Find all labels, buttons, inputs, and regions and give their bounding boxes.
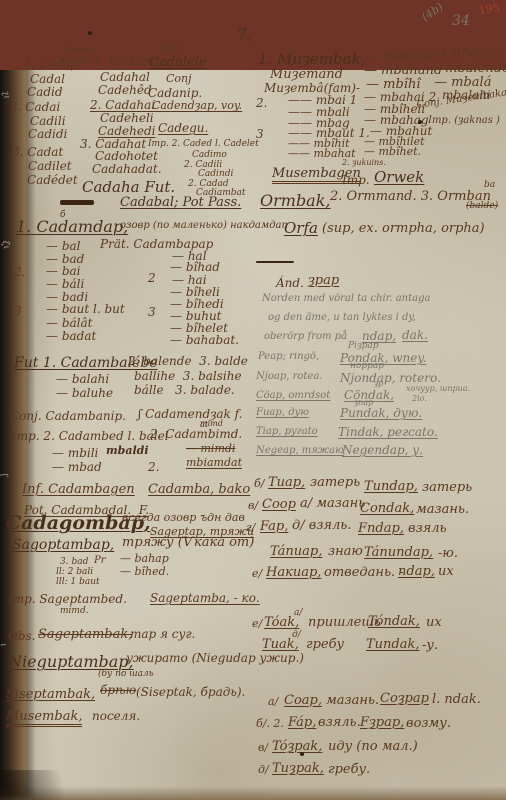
manuscript-line: норpap — [350, 362, 384, 371]
manuscript-line: д/ взяль. — [292, 519, 352, 532]
manuscript-line: — mbalende — [428, 62, 506, 75]
manuscript-line: Tundap, — [364, 480, 418, 493]
ink-stroke — [60, 200, 94, 205]
manuscript-line: -ю. — [438, 547, 458, 560]
manuscript-line: Orfa — [284, 221, 318, 236]
manuscript-line: Накиар, — [266, 566, 321, 579]
manuscript-line: а/ — [294, 609, 302, 618]
manuscript-line: — badat — [46, 330, 96, 342]
manuscript-line: Cadaha Fut. — [82, 180, 175, 195]
manuscript-line: ȝp — [374, 380, 383, 388]
manuscript-line: Njondap, rotero. — [340, 372, 441, 384]
manuscript-line: -у. — [422, 639, 438, 652]
manuscript-line: Tiap, pyгato — [256, 427, 318, 437]
manuscript-line: Obs. — [8, 630, 36, 642]
manuscript-line: mimd. — [60, 607, 89, 616]
manuscript-line: а/ — [268, 696, 278, 707]
manuscript-line: 2. — [14, 266, 25, 278]
manuscript-line: бюрна — [66, 46, 93, 54]
ink-speck — [88, 31, 92, 35]
manuscript-line: Piȝpap — [348, 342, 379, 351]
manuscript-line: Tindak, регсato. — [338, 426, 438, 438]
manuscript-line: (sup, ex. ormpha, orpha) — [322, 222, 485, 235]
manuscript-line: Cadehêd — [98, 84, 152, 96]
manuscript-line: Cadilet — [28, 160, 72, 172]
manuscript-line: — baluhe — [56, 387, 113, 399]
manuscript-line: всегда озовр ъдн дав — [122, 512, 245, 523]
manuscript-line: 2. — [148, 461, 159, 473]
manuscript-line: Pr — [94, 556, 106, 566]
manuscript-line: at — [200, 421, 208, 429]
manuscript-line: Coop — [262, 498, 296, 511]
manuscript-line: б/ — [254, 478, 264, 489]
manuscript-line: хочуур, шприа. — [406, 385, 470, 393]
manuscript-line: (Siseptak, брадь). — [136, 686, 245, 698]
manuscript-line: возму. — [406, 717, 451, 730]
adjacent-page-fragment: ʅι — [0, 90, 11, 100]
manuscript-line: Imp. 2. Cadambed l. balel — [12, 430, 169, 442]
manuscript-line: Cöap, omrdsot — [256, 391, 330, 401]
manuscript-line: (бу по шаль — [98, 670, 154, 679]
manuscript-line: Norden med vöral ta chir. antaga — [262, 294, 430, 304]
manuscript-line: 2. Cadambimd. — [150, 428, 242, 440]
manuscript-line: Fap, — [260, 520, 288, 533]
manuscript-line: Peap; ringö, — [258, 352, 319, 362]
manuscript-line: 3. Cadat — [12, 146, 63, 158]
manuscript-line: Orwek — [374, 170, 424, 185]
manuscript-line: е/ — [252, 618, 262, 629]
book-spine-edge — [0, 0, 26, 800]
manuscript-line: ndap, — [398, 565, 435, 578]
manuscript-line: Tánundap, — [364, 546, 433, 559]
manuscript-line: — bahabat. — [170, 334, 239, 346]
manuscript-line: Cadédet — [27, 174, 78, 186]
manuscript-line: — mbîhet. — [364, 146, 421, 157]
manuscript-line: 2. Cadai — [10, 101, 60, 113]
manuscript-line: Negeap, тяжаю — [256, 446, 344, 456]
manuscript-line: Cadalele — [149, 56, 206, 69]
manuscript-line: Cadili — [30, 115, 66, 127]
manuscript-line: Sagoptambap, — [12, 538, 114, 552]
manuscript-line: жуларь — [58, 56, 91, 64]
manuscript-line: Coȝpap — [380, 692, 429, 705]
manuscript-line: е/ — [252, 568, 262, 579]
manuscript-line: mbaldi — [106, 445, 149, 456]
manuscript-line: 1. Cadamdap, — [16, 219, 128, 235]
manuscript-line: 3 — [148, 306, 156, 318]
manuscript-line: Cadanip. — [148, 87, 202, 99]
manuscript-line: Cadamba, bako — [148, 483, 250, 496]
page-number: 7. — [236, 28, 252, 45]
manuscript-line: б/. 2. — [256, 718, 284, 729]
manuscript-line: 2io. — [412, 395, 427, 403]
manuscript-line: в/ — [258, 742, 268, 753]
manuscript-line: Coap, — [284, 694, 322, 707]
manuscript-line: Cadohotet — [95, 150, 158, 162]
manuscript-line: Cadidi — [28, 128, 67, 140]
manuscript-line: ʃ Cadamendȝak f. — [138, 408, 242, 420]
manuscript-line: 2. Cadahai — [90, 99, 155, 111]
manuscript-line: Imp. (ȝaknas ) — [428, 116, 500, 126]
manuscript-line: поселя. — [92, 710, 140, 722]
manuscript-line: Ormbak, — [260, 193, 331, 209]
manuscript-line: ужирато (Niegudap ужир.) — [126, 652, 304, 664]
manuscript-line: отведань. - — [324, 566, 404, 579]
manuscript-line: Cadimo — [192, 151, 227, 160]
ink-speck — [418, 120, 422, 124]
manuscript-line: Imp. Sageptambed. — [8, 593, 127, 605]
manuscript-line: брѣю — [100, 684, 136, 696]
manuscript-line: тряжу (Ѵкака от) — [122, 536, 254, 549]
manuscript-line: а/ мазань — [300, 497, 365, 510]
manuscript-line: bálle 3. balade. — [134, 384, 235, 396]
manuscript-line: — mbad — [52, 461, 102, 473]
manuscript-line: ba — [484, 181, 495, 190]
folio-stamp-red: 195 — [478, 2, 500, 16]
manuscript-line: — balahi — [56, 373, 109, 385]
manuscript-line: Fut. — [162, 43, 185, 54]
manuscript-line: затерь — [310, 476, 360, 489]
manuscript-line: Cadabal; Pot Pass. — [120, 196, 241, 209]
manuscript-line: Cadendȝap, voy. — [152, 100, 242, 111]
manuscript-line: Cadid — [27, 86, 63, 98]
manuscript-line: знаю — [328, 545, 363, 558]
manuscript-line: mbiamdat — [186, 457, 242, 468]
manuscript-line: — mimdi — [186, 443, 235, 454]
manuscript-line: 3 — [256, 128, 264, 140]
manuscript-line: — mbalaje — [432, 47, 501, 60]
manuscript-line: — baut l. but — [46, 303, 125, 315]
manuscript-line: 2 — [148, 272, 156, 284]
manuscript-line: мазань. — [416, 503, 469, 516]
manuscript-line: — bahap — [120, 553, 169, 564]
manuscript-line: озовр (по маленько) накдамдап — [120, 221, 288, 231]
manuscript-line: — bîhed. — [120, 566, 169, 577]
manuscript-line: Cadahadat. — [92, 163, 162, 175]
manuscript-line: Negendap, у. — [342, 444, 423, 456]
manuscript-line: г/ — [246, 522, 255, 533]
manuscript-line: гребу — [306, 638, 344, 651]
manuscript-line: Nieguptambap, — [8, 654, 134, 670]
manuscript-line: Cadindi — [198, 170, 233, 179]
manuscript-line: Ánd. — [276, 277, 304, 289]
manuscript-line: — báli — [46, 278, 84, 290]
manuscript-line: Imp. — [342, 174, 370, 186]
manuscript-line: oberörp from på — [264, 332, 347, 342]
manuscript-line: в/ — [248, 500, 258, 511]
manuscript-line: Musembak, — [6, 710, 82, 727]
manuscript-line: — mbili — [52, 447, 98, 459]
manuscript-line: dak. — [402, 329, 428, 341]
manuscript-line: og den äme, u tan lyktes i dy, — [268, 313, 416, 323]
manuscript-line: Fáp, — [288, 716, 316, 729]
ink-stroke — [256, 261, 294, 263]
manuscript-line: Tundak, — [366, 638, 420, 651]
manuscript-line: Conj. Cadambanip. — [10, 410, 126, 422]
ink-speck — [300, 752, 304, 756]
manuscript-line: 2. — [256, 97, 267, 109]
manuscript-line: Fndap, — [358, 522, 404, 535]
manuscript-line: — bîhad — [170, 261, 220, 273]
manuscript-line: Tóȝpak, — [272, 740, 322, 753]
manuscript-line: Sageptamba, - ко. — [150, 592, 260, 604]
manuscript-line: ll: 2 bali — [56, 568, 93, 577]
manuscript-line: — bal — [46, 240, 81, 252]
manuscript-line: Imp. 2. Caded l. Cadelet — [148, 140, 259, 149]
manuscript-line: Cadehedi — [98, 125, 155, 137]
manuscript-line: ȝpap — [308, 274, 339, 287]
manuscript-line: Tuap, — [268, 476, 305, 489]
manuscript-line: взяль — [408, 522, 447, 535]
manuscript-line: lll: 1 baut — [56, 578, 100, 587]
manuscript-line: Tánuap, — [270, 545, 322, 558]
manuscript-line: 3. bad — [60, 558, 88, 567]
manuscript-line: гребу. — [328, 763, 370, 776]
manuscript-line: Fȝpap, — [360, 716, 404, 729]
manuscript-line: мазань. — [326, 694, 379, 707]
manuscript-line: д/ — [292, 631, 301, 640]
manuscript-line: их — [438, 565, 454, 578]
book-bottom-corner — [0, 770, 90, 800]
manuscript-line: д/ — [258, 764, 269, 775]
book-photo: ʅι ζι ʃ ι 7. 195 (4b) 34 1. Cadap,бюрнаж… — [0, 0, 506, 800]
manuscript-line: Cadeheli — [100, 112, 154, 124]
manuscript-line: Cadahal — [100, 71, 150, 83]
manuscript-line: затерь — [422, 481, 472, 494]
manuscript-line: Condak, — [360, 502, 414, 515]
manuscript-line: l. ndak. — [432, 693, 481, 706]
manuscript-line: (balde) — [466, 202, 498, 211]
manuscript-line: Muȝemand — [270, 68, 343, 81]
manuscript-line: 3 — [14, 305, 22, 317]
manuscript-line: тар я суг. — [130, 628, 195, 640]
manuscript-line: Sageptambak, — [38, 628, 132, 641]
manuscript-line: Conj — [166, 73, 192, 84]
manuscript-line: иду (по мал.) — [328, 740, 418, 753]
manuscript-line: ballihe 3. balsihe — [134, 370, 242, 382]
manuscript-line: Inf. Cadambagen — [22, 483, 135, 496]
manuscript-line: Njoap, rotea. — [256, 372, 322, 382]
manuscript-line: Tóndak, — [368, 615, 420, 628]
manuscript-line: 2. balende 3. balde — [128, 355, 248, 367]
manuscript-line: — bai — [46, 265, 81, 277]
manuscript-line: взяль. — [318, 716, 361, 729]
manuscript-line: 1. Muȝembak, — [258, 52, 365, 67]
manuscript-line: Pundak, дую. — [340, 407, 422, 419]
manuscript-line: Fuap, дую — [256, 408, 309, 418]
manuscript-line: Cadal — [30, 73, 65, 85]
manuscript-line: Siseptambak, — [6, 688, 95, 701]
manuscript-line: — bálât — [46, 317, 92, 329]
manuscript-line: их — [426, 616, 442, 629]
manuscript-line: Тиȝpak, — [272, 762, 324, 775]
manuscript-line: 2. ȝukuins. — [342, 159, 386, 167]
manuscript-line: Cadegu. — [158, 122, 208, 134]
pencil-folio-number: 34 — [452, 14, 470, 28]
